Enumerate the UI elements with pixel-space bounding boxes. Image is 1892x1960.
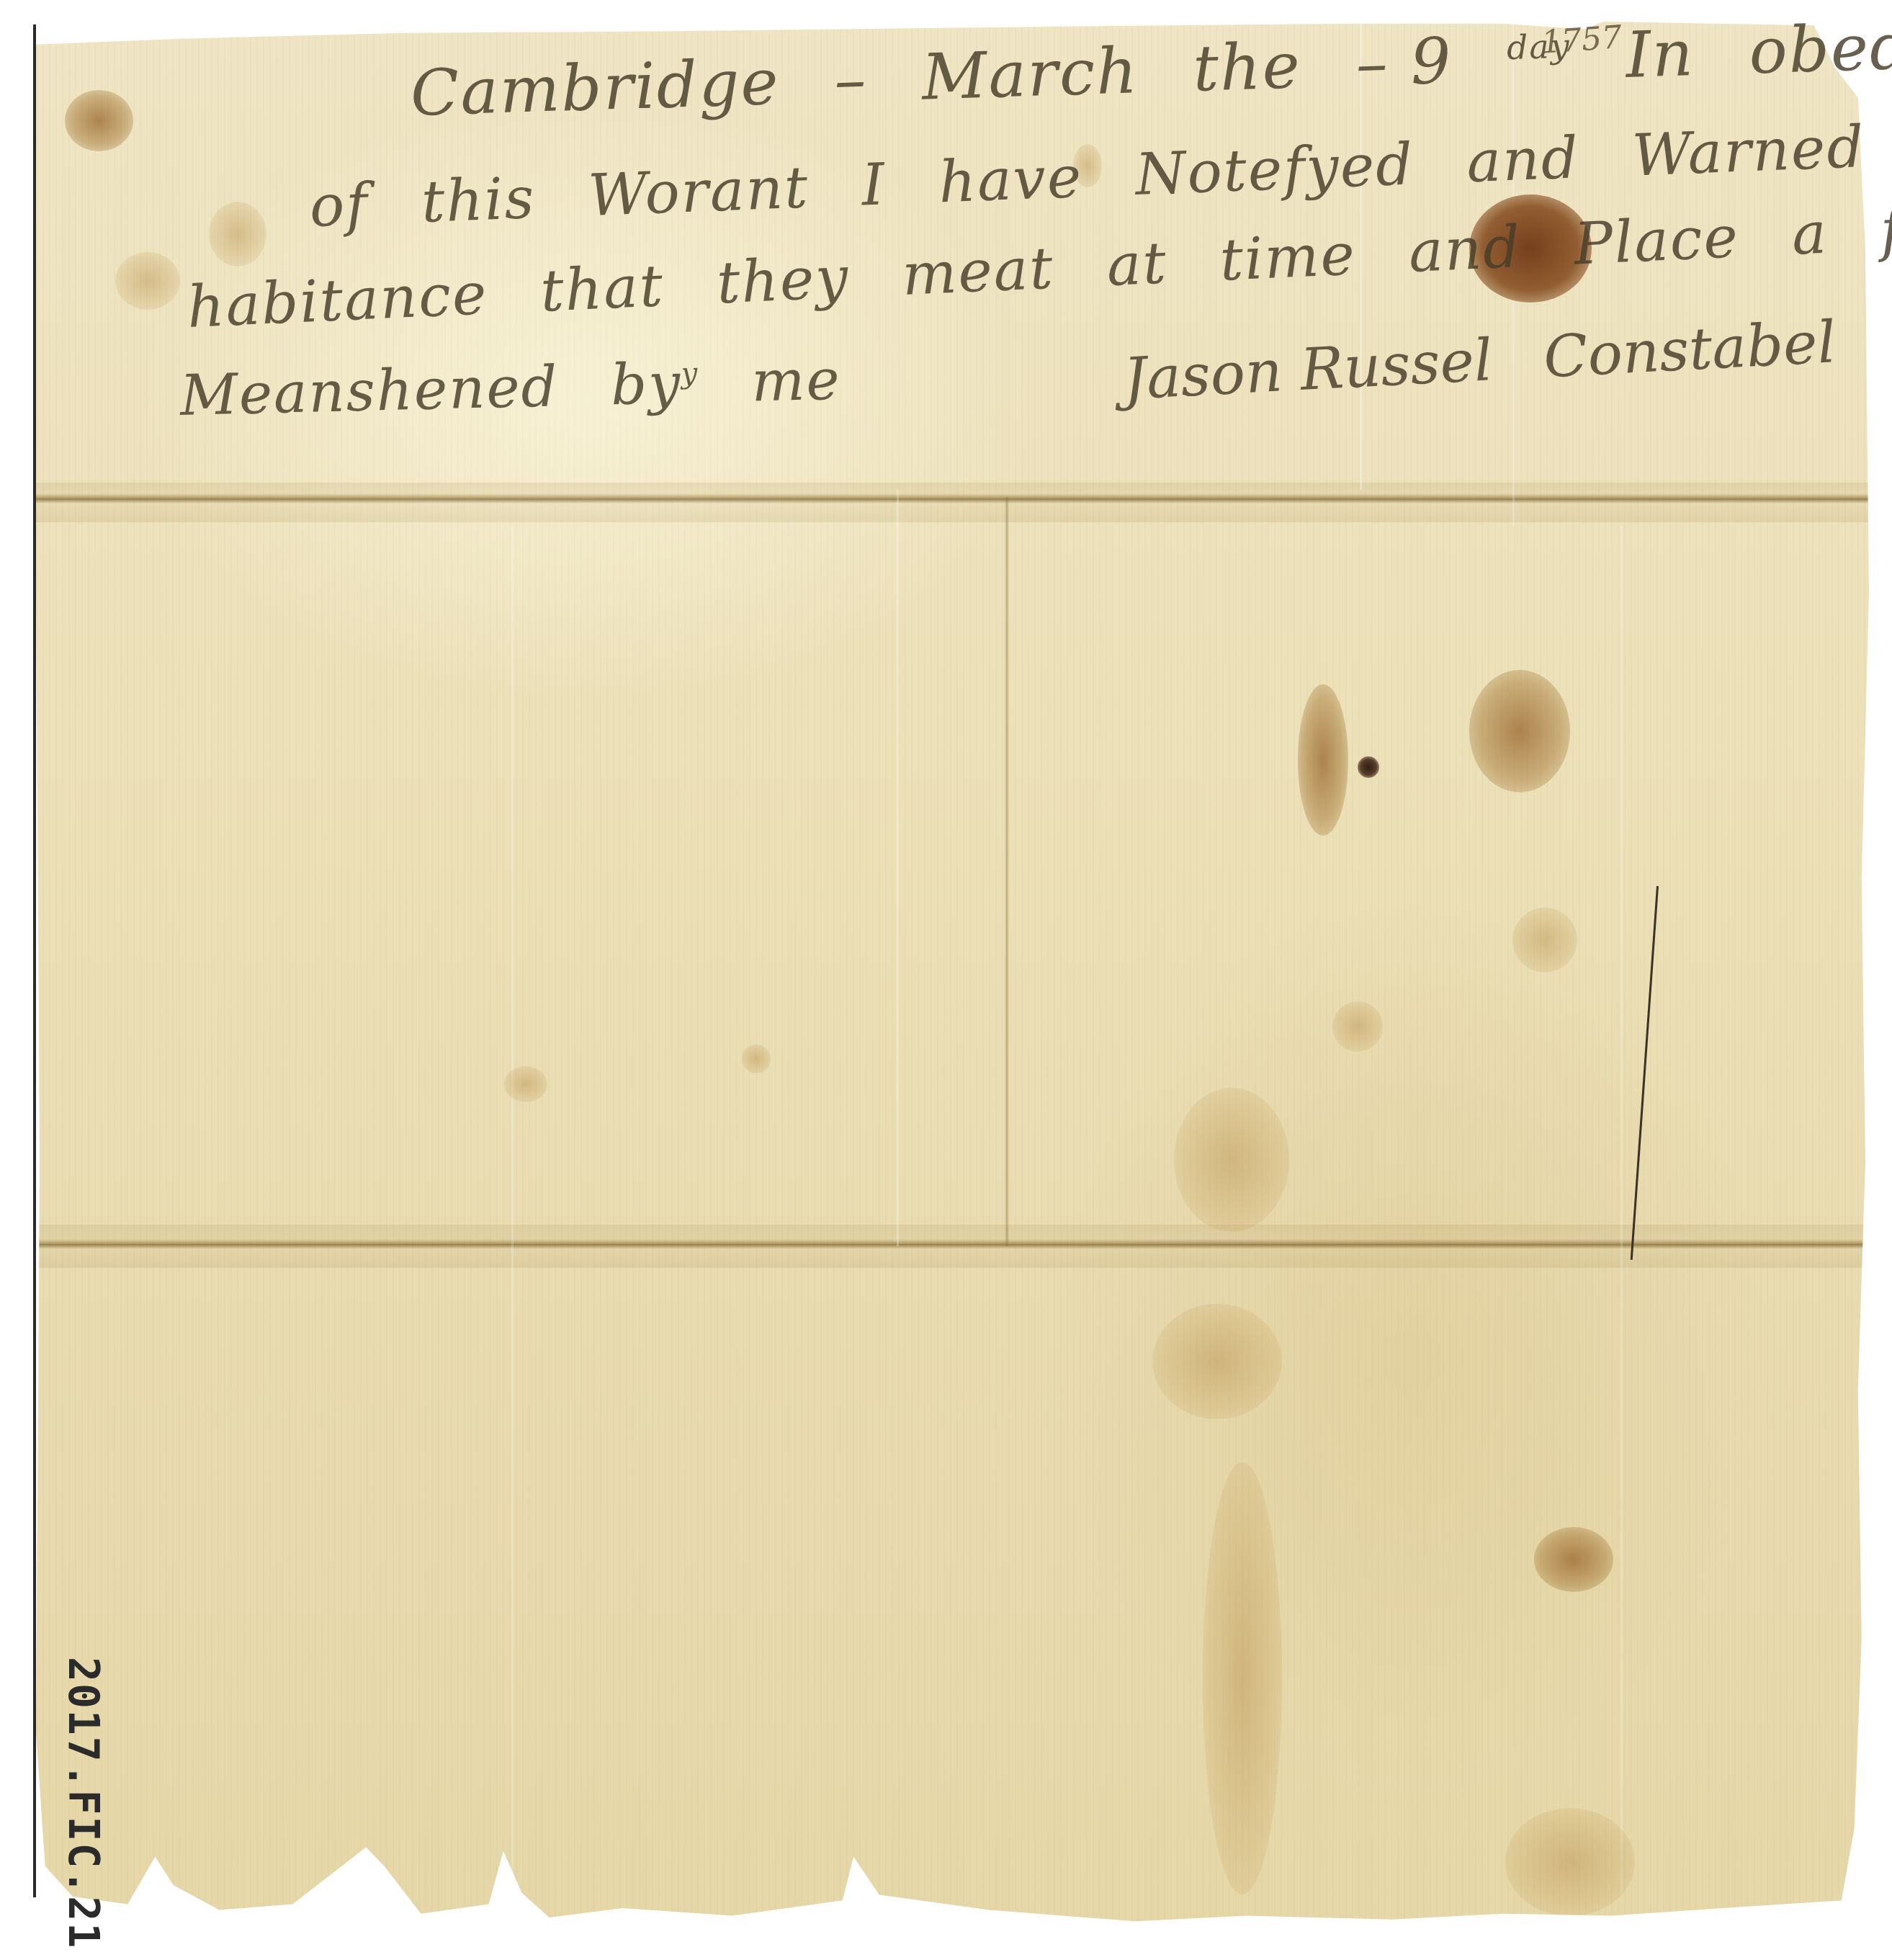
word: Notefyed	[1134, 130, 1415, 208]
word: time	[1219, 220, 1358, 293]
signature-title: Constabel	[1542, 308, 1837, 390]
word: – 9	[1355, 24, 1453, 101]
horizontal-fold-lower	[36, 1239, 1869, 1249]
crease-line	[511, 526, 514, 1894]
ink-blot	[1358, 756, 1379, 778]
word: a	[1790, 200, 1829, 268]
word: Cambridge	[409, 45, 781, 130]
constable-signature: Jason Russel Constabel	[1122, 307, 1871, 413]
word: –	[833, 42, 869, 117]
handwritten-text: 1757 Cambridge – March the – 9 day In ob…	[0, 0, 1892, 576]
word: they	[715, 243, 851, 316]
word: Warned	[1631, 113, 1866, 189]
stain	[1174, 1088, 1289, 1232]
stain	[1505, 1808, 1635, 1916]
word: obedience	[1748, 4, 1892, 89]
word: meat	[900, 234, 1055, 308]
word: fore-	[1879, 190, 1892, 264]
word: In	[1625, 16, 1696, 92]
word: the	[1192, 28, 1302, 106]
crease-line	[1620, 526, 1623, 1894]
word: this	[420, 164, 537, 236]
word: and	[1466, 124, 1581, 195]
manuscript-line-1: Cambridge – March the – 9 day In obedien…	[409, 2, 1892, 130]
stain	[1332, 1001, 1383, 1052]
stain	[1469, 670, 1570, 792]
superscript: y	[681, 357, 699, 390]
stain	[1512, 908, 1577, 972]
crease-line	[897, 490, 899, 1246]
word: Meanshened	[179, 354, 560, 429]
word: I	[861, 151, 887, 218]
word: at	[1106, 229, 1169, 299]
vertical-fold-center	[1005, 497, 1009, 1246]
word: habitance	[186, 260, 489, 341]
word: day	[1506, 26, 1572, 67]
stain	[504, 1066, 547, 1102]
word: have	[938, 143, 1084, 216]
stain-elongated	[1298, 684, 1348, 836]
manuscript-line-4: Meanshened byy me	[179, 346, 875, 429]
stain-streak	[1203, 1462, 1282, 1894]
word: March	[921, 33, 1140, 114]
stain	[1534, 1527, 1613, 1592]
word: that	[539, 252, 665, 325]
stain	[1152, 1304, 1282, 1419]
accession-number: 2017.FIC.21	[59, 1657, 108, 1949]
word: me	[750, 348, 841, 415]
signature-name: Jason Russel	[1122, 326, 1494, 413]
word: Worant	[587, 153, 810, 229]
word: Place	[1573, 203, 1741, 277]
paper-tear	[1631, 886, 1659, 1260]
word: byy	[610, 351, 700, 418]
stain	[742, 1044, 771, 1073]
word: and	[1407, 213, 1523, 285]
word: of	[308, 171, 369, 240]
